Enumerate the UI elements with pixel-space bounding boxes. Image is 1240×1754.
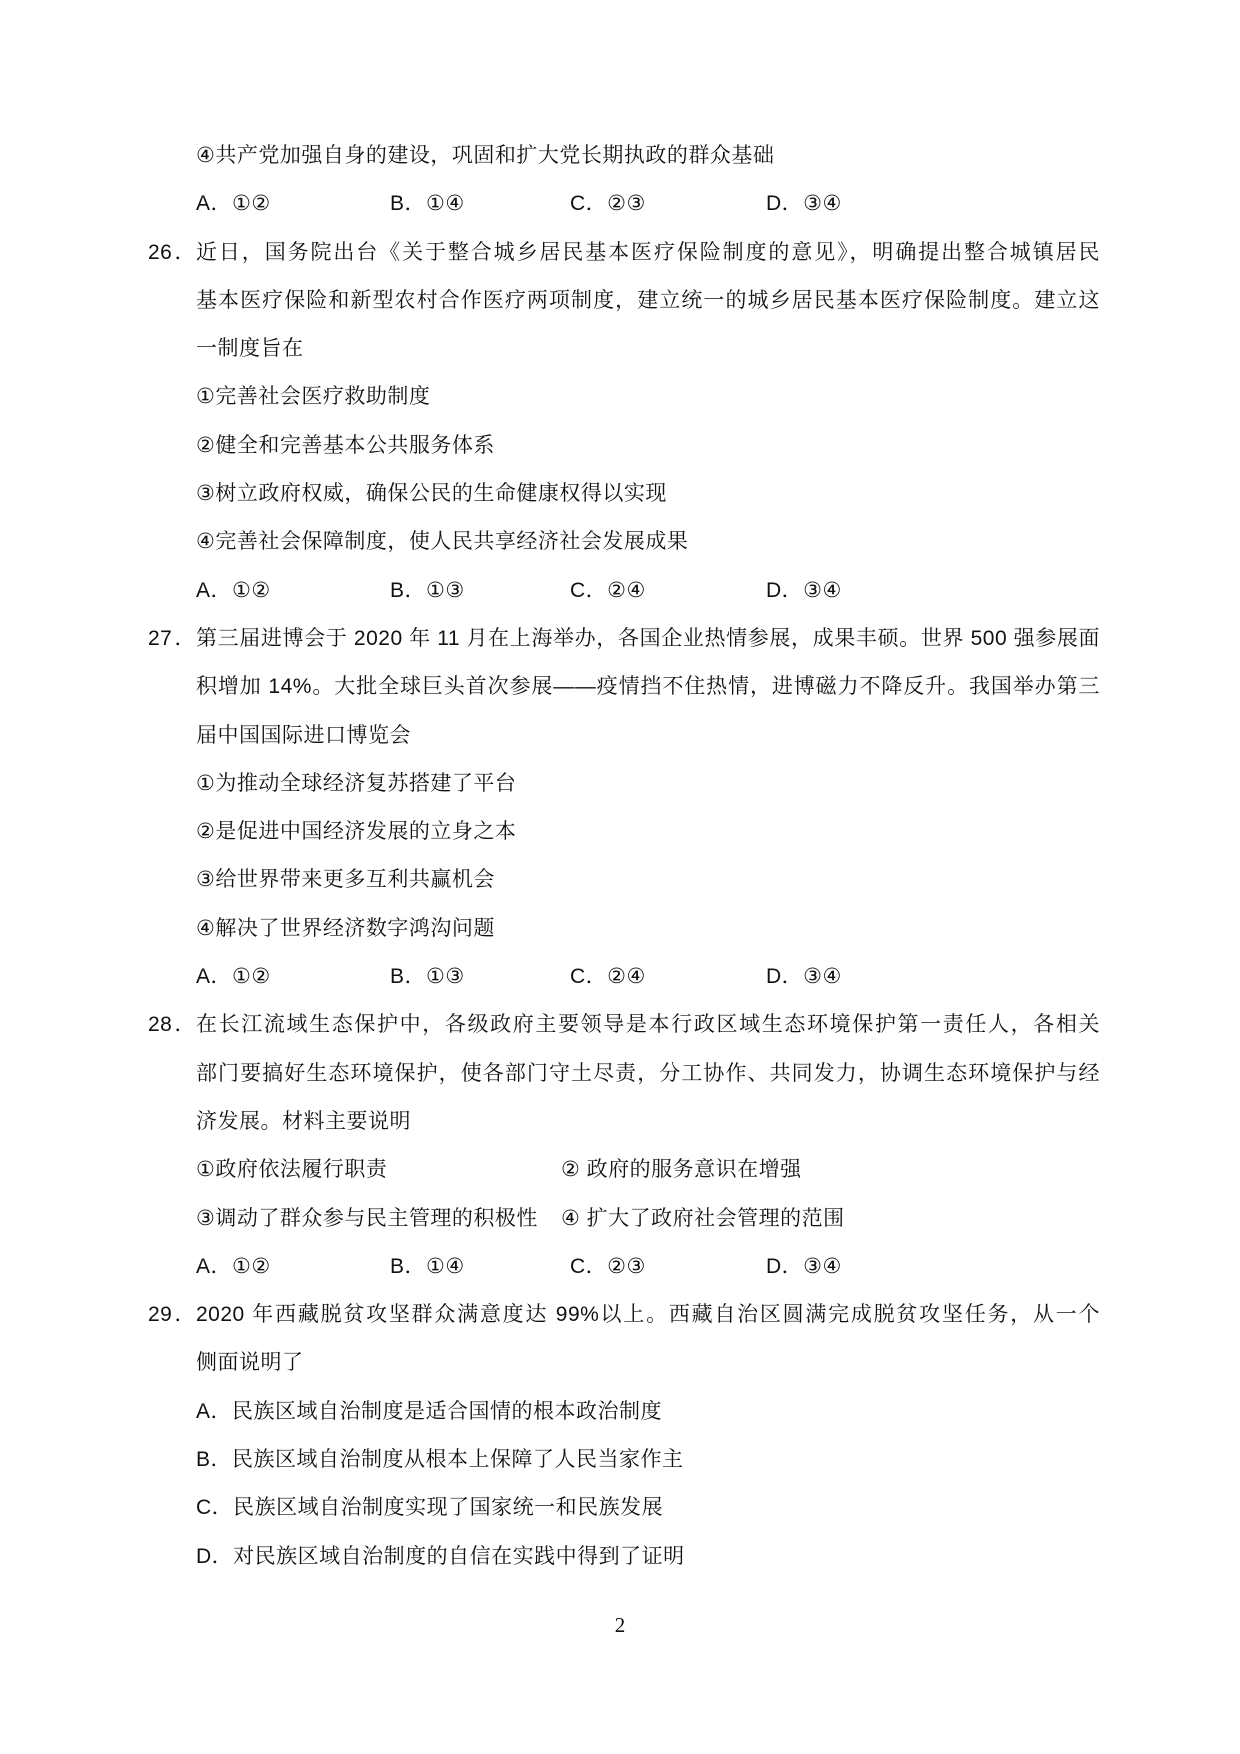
text-line: 基本医疗保险和新型农村合作医疗两项制度，建立统一的城乡居民基本医疗保险制度。建立… [148,277,1100,325]
text-line: D．对民族区域自治制度的自信在实践中得到了证明 [148,1533,1100,1581]
question-number: 26． [148,229,196,277]
text-line: ①为推动全球经济复苏搭建了平台 [148,760,1100,808]
sub-option-left: ③调动了群众参与民主管理的积极性 [196,1195,561,1243]
choice-option: D．③④ [766,180,842,228]
text-line: ③给世界带来更多互利共赢机会 [148,856,1100,904]
choice-option: B．①③ [390,567,570,615]
question-text: 第三届进博会于 2020 年 11 月在上海举办，各国企业热情参展，成果丰硕。世… [196,627,1100,650]
choice-option: A．①② [196,567,390,615]
page-footer: 2 [0,1601,1240,1649]
choice-option: B．①④ [390,1243,570,1291]
text-line: ②是促进中国经济发展的立身之本 [148,808,1100,856]
text-line: A．民族区域自治制度是适合国情的根本政治制度 [148,1388,1100,1436]
choice-option: B．①③ [390,953,570,1001]
text-line: ②健全和完善基本公共服务体系 [148,422,1100,470]
question-number: 27． [148,615,196,663]
text-line: ④共产党加强自身的建设，巩固和扩大党长期执政的群众基础 [148,132,1100,180]
question-text: 近日，国务院出台《关于整合城乡居民基本医疗保险制度的意见》，明确提出整合城镇居民 [196,241,1100,264]
question-first-line: 29．2020 年西藏脱贫攻坚群众满意度达 99%以上。西藏自治区圆满完成脱贫攻… [148,1291,1100,1339]
choice-option: C．②④ [570,567,766,615]
page-number: 2 [615,1613,626,1637]
sub-option-left: ①政府依法履行职责 [196,1146,561,1194]
choices-row: A．①②B．①③C．②④D．③④ [148,953,1100,1001]
document-body: ④共产党加强自身的建设，巩固和扩大党长期执政的群众基础A．①②B．①④C．②③D… [148,132,1100,1581]
text-line: ③树立政府权威，确保公民的生命健康权得以实现 [148,470,1100,518]
question-first-line: 28．在长江流域生态保护中，各级政府主要领导是本行政区域生态环境保护第一责任人，… [148,1001,1100,1049]
text-line: B．民族区域自治制度从根本上保障了人民当家作主 [148,1436,1100,1484]
text-line: 积增加 14%。大批全球巨头首次参展——疫情挡不住热情，进博磁力不降反升。我国举… [148,663,1100,711]
sub-options-row: ③调动了群众参与民主管理的积极性④ 扩大了政府社会管理的范围 [148,1195,1100,1243]
text-line: 济发展。材料主要说明 [148,1098,1100,1146]
question-first-line: 26．近日，国务院出台《关于整合城乡居民基本医疗保险制度的意见》，明确提出整合城… [148,229,1100,277]
exam-page: ④共产党加强自身的建设，巩固和扩大党长期执政的群众基础A．①②B．①④C．②③D… [0,0,1240,1754]
text-line: 届中国国际进口博览会 [148,712,1100,760]
sub-option-right: ④ 扩大了政府社会管理的范围 [561,1207,845,1230]
sub-option-right: ② 政府的服务意识在增强 [561,1158,802,1181]
choice-option: A．①② [196,953,390,1001]
choice-option: C．②④ [570,953,766,1001]
text-line: C．民族区域自治制度实现了国家统一和民族发展 [148,1484,1100,1532]
text-line: 侧面说明了 [148,1339,1100,1387]
choice-option: A．①② [196,180,390,228]
text-line: ④解决了世界经济数字鸿沟问题 [148,905,1100,953]
text-line: 一制度旨在 [148,325,1100,373]
text-line: 部门要搞好生态环境保护，使各部门守土尽责，分工协作、共同发力，协调生态环境保护与… [148,1050,1100,1098]
choice-option: D．③④ [766,953,842,1001]
text-line: ①完善社会医疗救助制度 [148,373,1100,421]
question-first-line: 27．第三届进博会于 2020 年 11 月在上海举办，各国企业热情参展，成果丰… [148,615,1100,663]
choices-row: A．①②B．①④C．②③D．③④ [148,180,1100,228]
choice-option: A．①② [196,1243,390,1291]
choice-option: C．②③ [570,180,766,228]
choices-row: A．①②B．①③C．②④D．③④ [148,567,1100,615]
choices-row: A．①②B．①④C．②③D．③④ [148,1243,1100,1291]
choice-option: D．③④ [766,567,842,615]
choice-option: C．②③ [570,1243,766,1291]
question-number: 28． [148,1001,196,1049]
choice-option: B．①④ [390,180,570,228]
choice-option: D．③④ [766,1243,842,1291]
text-line: ④完善社会保障制度，使人民共享经济社会发展成果 [148,518,1100,566]
question-number: 29． [148,1291,196,1339]
question-text: 2020 年西藏脱贫攻坚群众满意度达 99%以上。西藏自治区圆满完成脱贫攻坚任务… [196,1303,1100,1326]
question-text: 在长江流域生态保护中，各级政府主要领导是本行政区域生态环境保护第一责任人，各相关 [196,1013,1100,1036]
sub-options-row: ①政府依法履行职责② 政府的服务意识在增强 [148,1146,1100,1194]
